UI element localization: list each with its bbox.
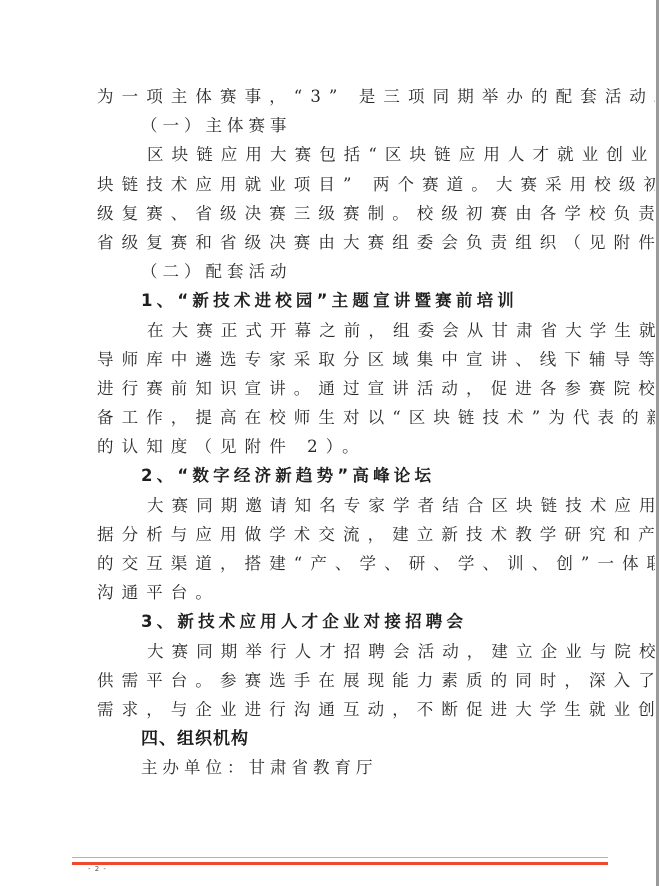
paragraph-line: 大赛同期举行人才招聘会活动，建立企业与院校的人才 (97, 637, 559, 666)
paragraph-line: 导师库中遴选专家采取分区域集中宣讲、线下辅导等形式， (97, 345, 559, 374)
paragraph-line: 在大赛正式开幕之前，组委会从甘肃省大学生就业创业 (97, 316, 559, 345)
activity-heading-2: 2、“数字经济新趋势”高峰论坛 (97, 461, 559, 490)
paragraph-line: 需求，与企业进行沟通互动，不断促进大学生就业创业。 (97, 695, 559, 724)
paragraph-line: 省级复赛和省级决赛由大赛组委会负责组织（见附件 1）。 (97, 228, 559, 257)
document-body: 为一项主体赛事，“3” 是三项同期举办的配套活动。 （一）主体赛事 区块链应用大… (97, 82, 559, 783)
paragraph-line: 供需平台。参赛选手在展现能力素质的同时，深入了解社会 (97, 666, 559, 695)
paragraph-line: 的认知度（见附件 2）。 (97, 432, 559, 461)
activity-heading-1: 1、“新技术进校园”主题宣讲暨赛前培训 (97, 286, 559, 315)
section-subheading-supporting-activities: （二）配套活动 (97, 257, 559, 286)
footer-rule-thick (72, 862, 608, 865)
scrollbar-thumb[interactable] (656, 0, 659, 886)
document-page: 为一项主体赛事，“3” 是三项同期举办的配套活动。 （一）主体赛事 区块链应用大… (0, 0, 655, 886)
paragraph-line: 区块链应用大赛包括“区块链应用人才就业创业”和“区 (97, 140, 559, 169)
activity-heading-3: 3、新技术应用人才企业对接招聘会 (97, 607, 559, 636)
paragraph-line: 的交互渠道，搭建“产、学、研、学、训、创”一体联动的 (97, 549, 559, 578)
paragraph-line: 进行赛前知识宣讲。通过宣讲活动，促进各参赛院校赛前准 (97, 374, 559, 403)
paragraph-line: 沟通平台。 (97, 578, 559, 607)
paragraph-line: 备工作，提高在校师生对以“区块链技术”为代表的新技术 (97, 403, 559, 432)
paragraph-line: 级复赛、省级决赛三级赛制。校级初赛由各学校负责组织， (97, 199, 559, 228)
section-heading-organization: 四、组织机构 (97, 724, 559, 753)
paragraph-line: 据分析与应用做学术交流，建立新技术教学研究和产业应用 (97, 520, 559, 549)
section-subheading-main-event: （一）主体赛事 (97, 111, 559, 140)
body-line: 为一项主体赛事，“3” 是三项同期举办的配套活动。 (97, 82, 559, 111)
paragraph-line: 大赛同期邀请知名专家学者结合区块链技术应用、大数 (97, 491, 559, 520)
paragraph-line: 块链技术应用就业项目” 两个赛道。大赛采用校级初赛、省 (97, 170, 559, 199)
footer-rule-thin (72, 857, 608, 858)
organizer-line: 主办单位：甘肃省教育厅 (97, 753, 559, 782)
page-number: - 2 - (88, 865, 107, 873)
vertical-scrollbar[interactable] (655, 0, 661, 886)
